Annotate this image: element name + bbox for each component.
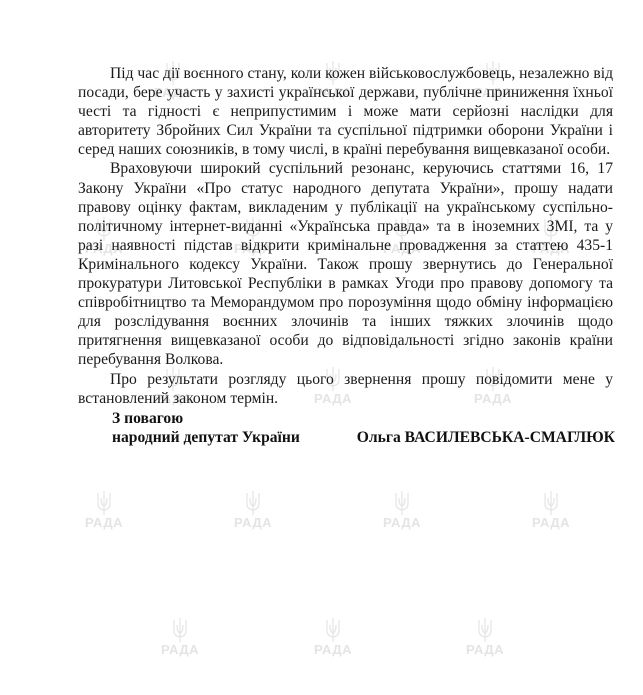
watermark-text: РАДА bbox=[455, 643, 515, 657]
trident-icon bbox=[393, 490, 411, 516]
trident-icon bbox=[95, 490, 113, 516]
trident-icon bbox=[171, 617, 189, 643]
trident-icon bbox=[244, 490, 262, 516]
watermark-text: РАДА bbox=[303, 643, 363, 657]
trident-icon bbox=[324, 617, 342, 643]
watermark-text: РАДА bbox=[521, 516, 581, 530]
paragraph-request: Враховуючи широкий суспільний резонанс, … bbox=[78, 159, 613, 369]
watermark-subtext: · · · · · · · bbox=[521, 530, 581, 534]
document-body: Під час дії воєнного стану, коли кожен в… bbox=[78, 64, 613, 408]
watermark: РАДА · · · · · · · bbox=[372, 490, 432, 534]
watermark-text: РАДА bbox=[150, 643, 210, 657]
signature-block: З повагою народний депутат України Ольга… bbox=[112, 409, 615, 447]
watermark-subtext: · · · · · · · bbox=[372, 530, 432, 534]
watermark-text: РАДА bbox=[74, 516, 134, 530]
watermark: РАДА · · · · · · · bbox=[521, 490, 581, 534]
signature-row: народний депутат України Ольга ВАСИЛЕВСЬ… bbox=[112, 428, 615, 447]
signature-position: народний депутат України bbox=[112, 428, 300, 447]
watermark-subtext: · · · · · · · bbox=[455, 657, 515, 661]
watermark-subtext: · · · · · · · bbox=[223, 530, 283, 534]
paragraph-martial-law: Під час дії воєнного стану, коли кожен в… bbox=[78, 64, 613, 159]
signature-name: Ольга ВАСИЛЕВСЬКА-СМАГЛЮК bbox=[357, 428, 615, 447]
watermark: РАДА · · · · · · · bbox=[74, 490, 134, 534]
trident-icon bbox=[542, 490, 560, 516]
watermark-text: РАДА bbox=[223, 516, 283, 530]
watermark-subtext: · · · · · · · bbox=[150, 657, 210, 661]
watermark-subtext: · · · · · · · bbox=[303, 657, 363, 661]
watermark: РАДА · · · · · · · bbox=[303, 617, 363, 661]
paragraph-results: Про результати розгляду цього звернення … bbox=[78, 370, 613, 408]
trident-icon bbox=[476, 617, 494, 643]
watermark: РАДА · · · · · · · bbox=[150, 617, 210, 661]
watermark: РАДА · · · · · · · bbox=[223, 490, 283, 534]
watermark-text: РАДА bbox=[372, 516, 432, 530]
watermark-subtext: · · · · · · · bbox=[74, 530, 134, 534]
watermark: РАДА · · · · · · · bbox=[455, 617, 515, 661]
signature-closing: З повагою bbox=[112, 409, 615, 428]
